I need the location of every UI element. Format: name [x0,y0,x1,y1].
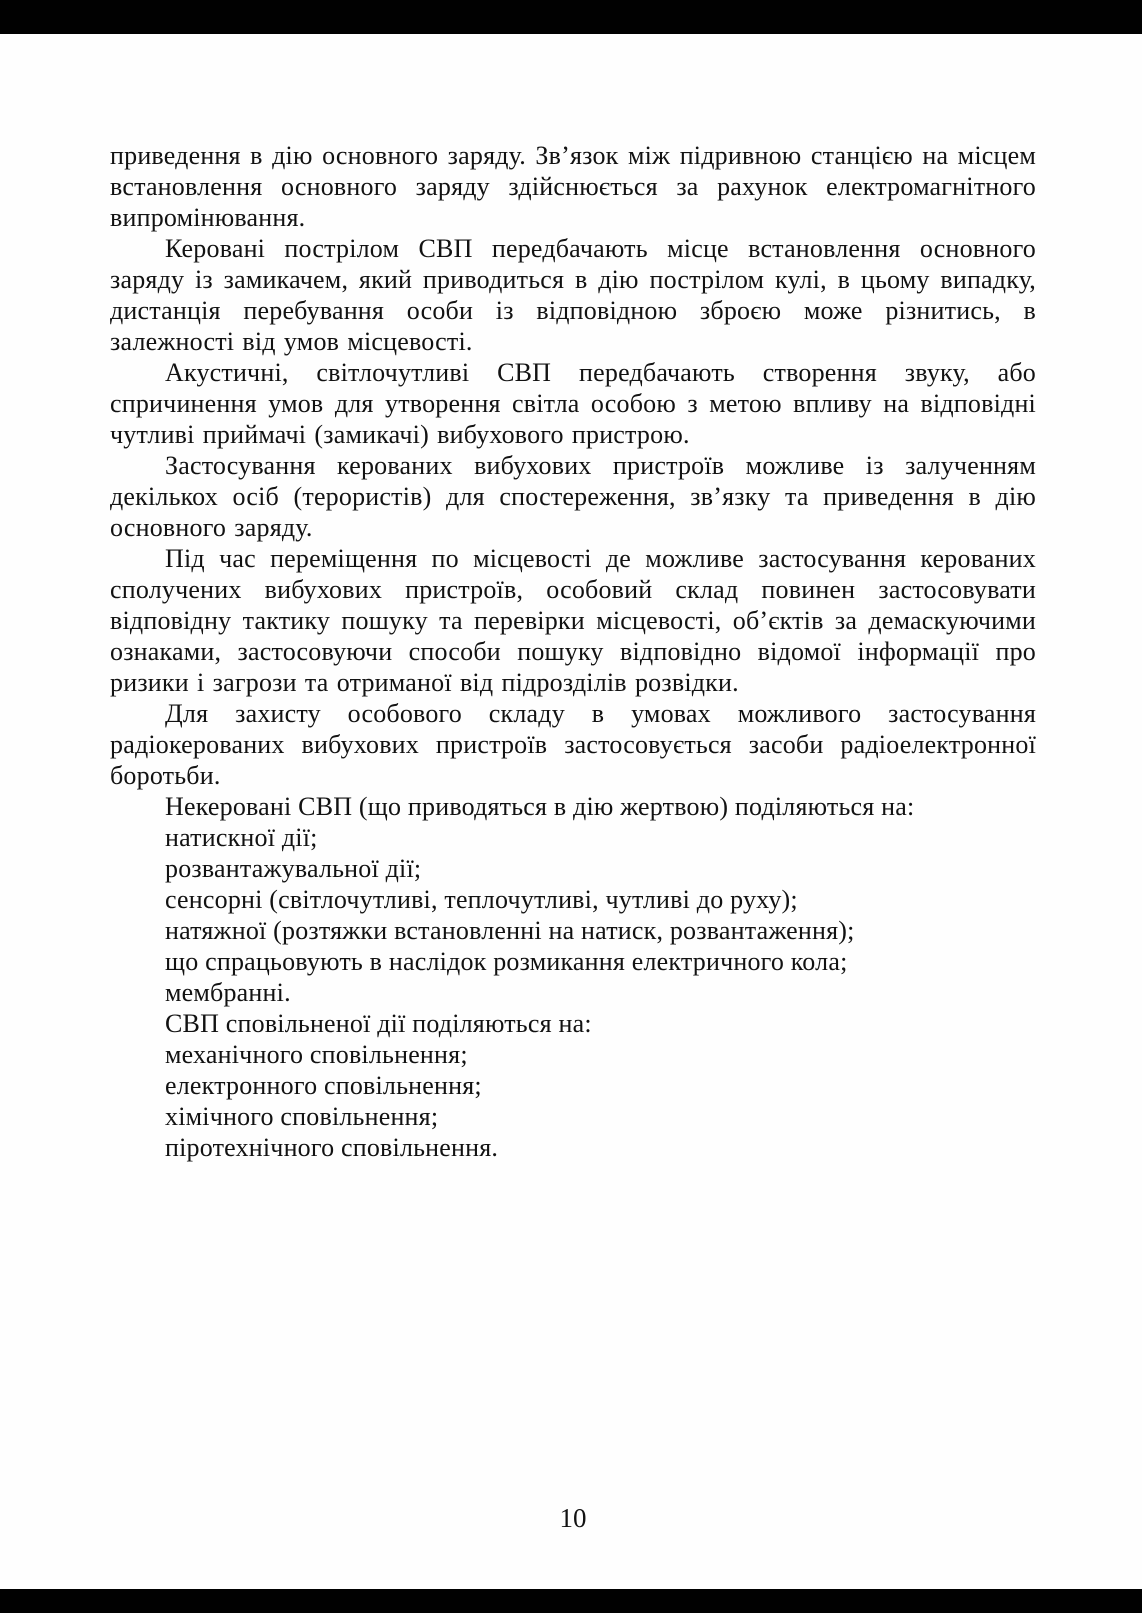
scan-artifact-top-bar [0,0,1142,34]
paragraph: Для захисту особового складу в умовах мо… [110,698,1036,791]
list-intro: Некеровані СВП (що приводяться в дію жер… [110,791,1036,822]
scanned-document-page: { "page": { "number": "10" }, "colors": … [0,0,1142,1615]
list-item: механічного сповільнення; [110,1039,1036,1070]
page-number: 10 [110,1503,1036,1534]
list-item: натяжної (розтяжки встановленні на натис… [110,915,1036,946]
list-intro: СВП сповільненої дії поділяються на: [110,1008,1036,1039]
paragraph: Застосування керованих вибухових пристро… [110,450,1036,543]
list-item: розвантажувальної дії; [110,853,1036,884]
list-item: сенсорні (світлочутливі, теплочутливі, ч… [110,884,1036,915]
paragraph: Під час переміщення по місцевості де мож… [110,543,1036,698]
list-item: піротехнічного сповільнення. [110,1132,1036,1163]
paragraph-continuation: приведення в дію основного заряду. Зв’яз… [110,140,1036,233]
paragraph: Керовані пострілом СВП передбачають місц… [110,233,1036,357]
document-body: приведення в дію основного заряду. Зв’яз… [110,140,1036,1163]
list-item: мембранні. [110,977,1036,1008]
list-item: що спрацьовують в наслідок розмикання ел… [110,946,1036,977]
list-item: електронного сповільнення; [110,1070,1036,1101]
paragraph: Акустичні, світлочутливі СВП передбачают… [110,357,1036,450]
list-item: натискної дії; [110,822,1036,853]
list-item: хімічного сповільнення; [110,1101,1036,1132]
scan-artifact-bottom-bar [0,1589,1142,1613]
